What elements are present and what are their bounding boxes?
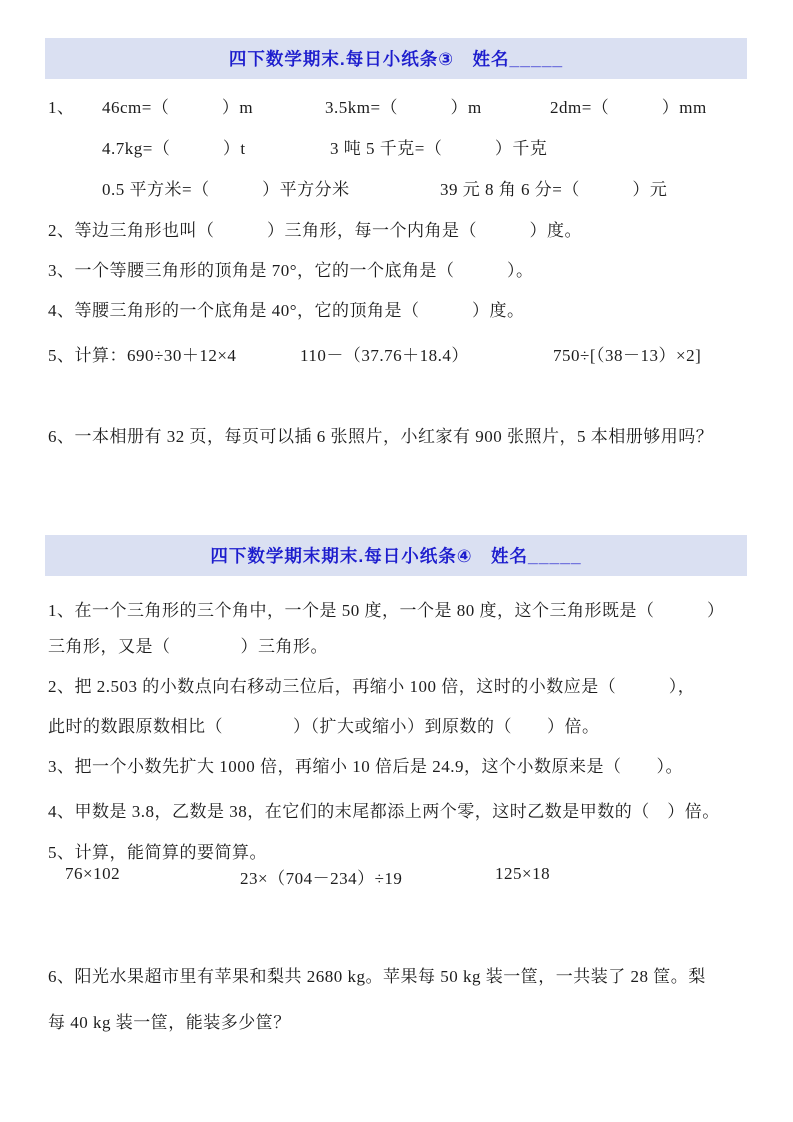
text-segment: 110－（37.76＋18.4） <box>300 341 469 366</box>
worksheet-line: 5、计算：690÷30＋12×4110－（37.76＋18.4）750÷[（38… <box>0 341 793 363</box>
worksheet-line: 5、计算，能简算的要简算。 <box>0 838 793 860</box>
text-segment: 2、把 2.503 的小数点向右移动三位后，再缩小 100 倍，这时的小数应是（… <box>48 672 695 697</box>
worksheet-line: 4、等腰三角形的一个底角是 40°，它的顶角是（ ）度。 <box>0 296 793 318</box>
text-segment: 6、一本相册有 32 页，每页可以插 6 张照片，小红家有 900 张照片，5 … <box>48 422 713 447</box>
text-segment: 此时的数跟原数相比（ ）（扩大或缩小）到原数的（ ）倍。 <box>48 712 600 737</box>
text-segment: 每 40 kg 装一筐，能装多少筐？ <box>48 1008 291 1033</box>
text-segment: 2、等边三角形也叫（ ）三角形，每一个内角是（ ）度。 <box>48 216 582 241</box>
section-title-3: 四下数学期末.每日小纸条③ 姓名_____ <box>229 46 563 71</box>
worksheet-line: 6、阳光水果超市里有苹果和梨共 2680 kg。苹果每 50 kg 装一筐，一共… <box>0 962 793 984</box>
text-segment: 76×102 <box>65 864 120 884</box>
worksheet-line: 2、等边三角形也叫（ ）三角形，每一个内角是（ ）度。 <box>0 216 793 238</box>
worksheet-line: 此时的数跟原数相比（ ）（扩大或缩小）到原数的（ ）倍。 <box>0 712 793 734</box>
worksheet-line: 三角形，又是（ ）三角形。 <box>0 632 793 654</box>
worksheet-line: 1、46cm=（ ）m3.5km=（ ）m2dm=（ ）mm <box>0 93 793 115</box>
section-banner-3: 四下数学期末.每日小纸条③ 姓名_____ <box>45 38 747 79</box>
worksheet-line: 2、把 2.503 的小数点向右移动三位后，再缩小 100 倍，这时的小数应是（… <box>0 672 793 694</box>
worksheet-page: 四下数学期末.每日小纸条③ 姓名_____ 四下数学期末期末.每日小纸条④ 姓名… <box>0 0 793 1122</box>
text-segment: 1、在一个三角形的三个角中，一个是 50 度，一个是 80 度，这个三角形既是（… <box>48 596 725 621</box>
worksheet-line: 每 40 kg 装一筐，能装多少筐？ <box>0 1008 793 1030</box>
worksheet-line: 4、甲数是 3.8，乙数是 38，在它们的末尾都添上两个零，这时乙数是甲数的（ … <box>0 797 793 819</box>
text-segment: 6、阳光水果超市里有苹果和梨共 2680 kg。苹果每 50 kg 装一筐，一共… <box>48 962 706 987</box>
text-segment: 3.5km=（ ）m <box>325 93 482 118</box>
worksheet-line: 0.5 平方米=（ ）平方分米39 元 8 角 6 分=（ ）元 <box>0 175 793 197</box>
text-segment: 4.7kg=（ ）t <box>102 134 246 159</box>
text-segment: 5、计算，能简算的要简算。 <box>48 838 267 863</box>
worksheet-line: 3、把一个小数先扩大 1000 倍，再缩小 10 倍后是 24.9，这个小数原来… <box>0 752 793 774</box>
text-segment: 2dm=（ ）mm <box>550 93 707 118</box>
text-segment: 3、一个等腰三角形的顶角是 70°，它的一个底角是（ ）。 <box>48 256 534 281</box>
worksheet-line: 3、一个等腰三角形的顶角是 70°，它的一个底角是（ ）。 <box>0 256 793 278</box>
section-title-4: 四下数学期末期末.每日小纸条④ 姓名_____ <box>210 543 581 568</box>
worksheet-line: 4.7kg=（ ）t3 吨 5 千克=（ ）千克 <box>0 134 793 156</box>
text-segment: 5、计算：690÷30＋12×4 <box>48 341 236 366</box>
text-segment: 125×18 <box>495 864 550 884</box>
text-segment: 3、把一个小数先扩大 1000 倍，再缩小 10 倍后是 24.9，这个小数原来… <box>48 752 683 777</box>
worksheet-line: 1、在一个三角形的三个角中，一个是 50 度，一个是 80 度，这个三角形既是（… <box>0 596 793 618</box>
text-segment: 39 元 8 角 6 分=（ ）元 <box>440 175 667 200</box>
worksheet-line: 76×10223×（704－234）÷19125×18 <box>0 864 793 886</box>
worksheet-line: 6、一本相册有 32 页，每页可以插 6 张照片，小红家有 900 张照片，5 … <box>0 422 793 444</box>
text-segment: 0.5 平方米=（ ）平方分米 <box>102 175 350 200</box>
text-segment: 1、 <box>48 93 75 118</box>
text-segment: 750÷[（38－13）×2] <box>553 341 701 366</box>
text-segment: 23×（704－234）÷19 <box>240 864 402 889</box>
text-segment: 4、甲数是 3.8，乙数是 38，在它们的末尾都添上两个零，这时乙数是甲数的（ … <box>48 797 720 822</box>
text-segment: 4、等腰三角形的一个底角是 40°，它的顶角是（ ）度。 <box>48 296 525 321</box>
text-segment: 三角形，又是（ ）三角形。 <box>48 632 328 657</box>
section-banner-4: 四下数学期末期末.每日小纸条④ 姓名_____ <box>45 535 747 576</box>
text-segment: 3 吨 5 千克=（ ）千克 <box>330 134 547 159</box>
text-segment: 46cm=（ ）m <box>102 93 253 118</box>
